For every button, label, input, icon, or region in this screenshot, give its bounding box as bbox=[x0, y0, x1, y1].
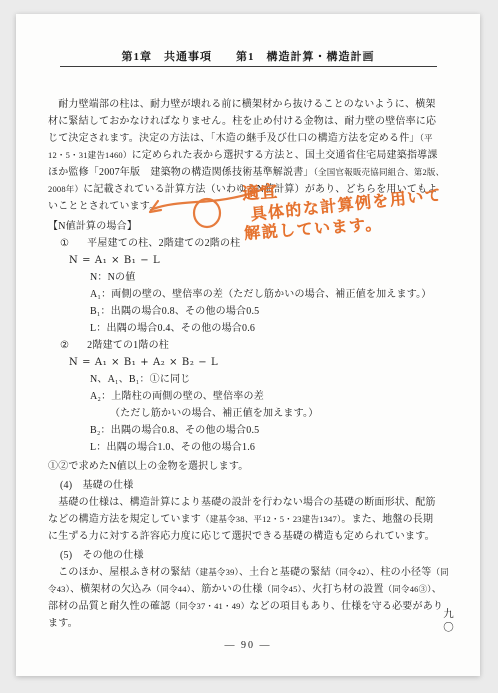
formula-2: N = A₁ × B₁ + A₂ × B₂ − L bbox=[48, 354, 440, 371]
section-heading-4: (4) 基礎の仕様 bbox=[48, 477, 440, 494]
document-page: 第1章 共通事項 第1 構造計算・構造計画 耐力壁端部の柱は、耐力壁が壊れる前に… bbox=[16, 14, 480, 676]
definition-continuation: （ただし筋かいの場合、補正値を加えます。） bbox=[48, 405, 440, 422]
list-item-1-title: 平屋建ての柱、2階建ての2階の柱 bbox=[87, 238, 240, 249]
list-item-2: ②2階建ての1階の柱 bbox=[48, 337, 440, 354]
text-line: このほか、屋根ふき材の緊結（建基令39）、土台と基礎の緊結（同令42）、柱の小径… bbox=[48, 564, 440, 581]
text-line: 耐力壁端部の柱は、耐力壁が壊れる前に横架材から抜けることのないように、横架 bbox=[48, 96, 440, 113]
text-line: 材に緊結しておかなければなりません。柱を止め付ける金物は、耐力壁の壁倍率に応 bbox=[48, 113, 440, 130]
definition-line: N：Nの値 bbox=[48, 269, 440, 286]
page-background: 第1章 共通事項 第1 構造計算・構造計画 耐力壁端部の柱は、耐力壁が壊れる前に… bbox=[0, 0, 498, 693]
text-line: などの構造方法を規定しています（建基令38、平12・5・23建告1347）。また… bbox=[48, 511, 440, 528]
text-line: 12・5・31建告1460）に定められた表から選択する方法と、国土交通省住宅局建… bbox=[48, 147, 440, 164]
definition-line: N、A₁、B₁：①に同じ bbox=[48, 371, 440, 388]
circled-number: ① bbox=[60, 238, 69, 249]
header-rule bbox=[60, 66, 437, 67]
page-content: 耐力壁端部の柱は、耐力壁が壊れる前に横架材から抜けることのないように、横架 材に… bbox=[48, 96, 440, 632]
definition-line: A₂：上階柱の両側の壁の、壁倍率の差 bbox=[48, 388, 440, 405]
text-line: 部材の品質と耐久性の確認（同令37・41・49）などの項目もあり、仕様を守る必要… bbox=[48, 598, 440, 615]
definition-line: L：出隅の場合1.0、その他の場合1.6 bbox=[48, 439, 440, 456]
definition-line: B₁：出隅の場合0.8、その他の場合0.5 bbox=[48, 303, 440, 320]
text-line: じて決定されます。決定の方法は、「木造の継手及び仕口の構造方法を定める件」（平 bbox=[48, 130, 440, 147]
text-line: ます。 bbox=[48, 615, 440, 632]
list-item-2-title: 2階建ての1階の柱 bbox=[87, 340, 169, 351]
definition-line: L：出隅の場合0.4、その他の場合0.6 bbox=[48, 320, 440, 337]
text-line: 令43）、横架材の欠込み（同令44）、筋かいの仕様（同令45）、火打ち材の設置（… bbox=[48, 581, 440, 598]
running-header: 第1章 共通事項 第1 構造計算・構造計画 bbox=[16, 48, 480, 64]
formula-1: N = A₁ × B₁ − L bbox=[48, 252, 440, 269]
page-number: — 90 — bbox=[16, 640, 480, 651]
definition-line: A₁：両側の壁の、壁倍率の差（ただし筋かいの場合、補正値を加えます。） bbox=[48, 286, 440, 303]
definition-line: B₂：出隅の場合0.8、その他の場合0.5 bbox=[48, 422, 440, 439]
circled-number: ② bbox=[60, 340, 69, 351]
side-page-number: 九〇 bbox=[440, 608, 455, 635]
section-heading-5: (5) その他の仕様 bbox=[48, 547, 440, 564]
text-line: 基礎の仕様は、構造計算により基礎の設計を行わない場合の基礎の断面形状、配筋 bbox=[48, 494, 440, 511]
n-calc-closing: ①②で求めたN値以上の金物を選択します。 bbox=[48, 458, 440, 475]
text-line: に生ずる力に対する許容応力度に応じて選択できる基礎の構造も定められています。 bbox=[48, 528, 440, 545]
